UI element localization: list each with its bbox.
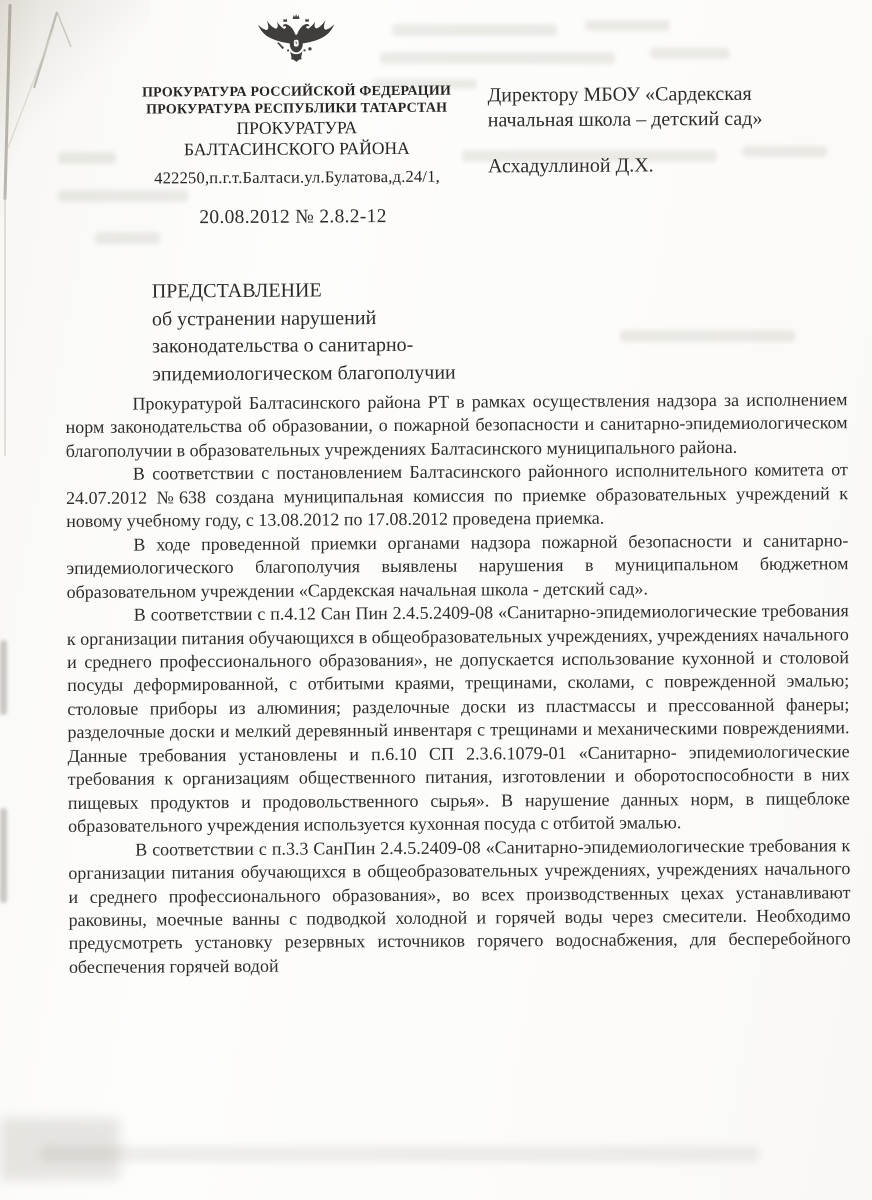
org-line-3: ПРОКУРАТУРА xyxy=(129,118,465,140)
org-line-4: БАЛТАСИНСКОГО РАЙОНА xyxy=(129,138,465,160)
org-line-2: ПРОКУРАТУРА РЕСПУБЛИКИ ТАТАРСТАН xyxy=(129,100,465,119)
document-content: ПРОКУРАТУРА РОССИЙСКОЙ ФЕДЕРАЦИИ ПРОКУРА… xyxy=(0,0,872,1200)
title-line-1: ПРЕДСТАВЛЕНИЕ xyxy=(152,277,456,306)
letterhead: ПРОКУРАТУРА РОССИЙСКОЙ ФЕДЕРАЦИИ ПРОКУРА… xyxy=(128,12,465,189)
coat-of-arms-eagle-icon xyxy=(128,12,464,82)
org-line-1: ПРОКУРАТУРА РОССИЙСКОЙ ФЕДЕРАЦИИ xyxy=(129,84,465,103)
addressee-line-2: начальная школа – детский сад» xyxy=(488,106,763,132)
body-paragraph: В соответствии с постановлением Балтасин… xyxy=(66,459,848,534)
body-paragraph: В соответствии с п.3.3 СанПин 2.4.5.2409… xyxy=(68,834,851,979)
document-date-number: 20.08.2012 № 2.8.2-12 xyxy=(199,206,387,229)
body-paragraph: Прокуратурой Балтасинского района РТ в р… xyxy=(65,388,847,463)
scanned-document-page: ПРОКУРАТУРА РОССИЙСКОЙ ФЕДЕРАЦИИ ПРОКУРА… xyxy=(0,0,872,1200)
body-paragraph: В ходе проведенной приемки органами надз… xyxy=(66,529,848,604)
title-line-3: законодательства о санитарно- xyxy=(152,332,456,361)
body-paragraph: В соответствии с п.4.12 Сан Пин 2.4.5.24… xyxy=(67,599,850,838)
addressee-line-1: Директору МБОУ «Сардекская xyxy=(488,82,763,108)
letterhead-address: 422250,п.г.т.Балтаси.ул.Булатова,д.24/1, xyxy=(129,167,465,189)
document-body: Прокуратурой Балтасинского района РТ в р… xyxy=(65,388,851,979)
title-line-2: об устранении нарушений xyxy=(152,304,456,333)
addressee-name: Асхадуллиной Д.Х. xyxy=(488,153,763,179)
title-line-4: эпидемиологическом благополучии xyxy=(152,359,456,388)
document-title: ПРЕДСТАВЛЕНИЕ об устранении нарушений за… xyxy=(152,277,456,389)
addressee-block: Директору МБОУ «Сардекская начальная шко… xyxy=(488,82,763,179)
